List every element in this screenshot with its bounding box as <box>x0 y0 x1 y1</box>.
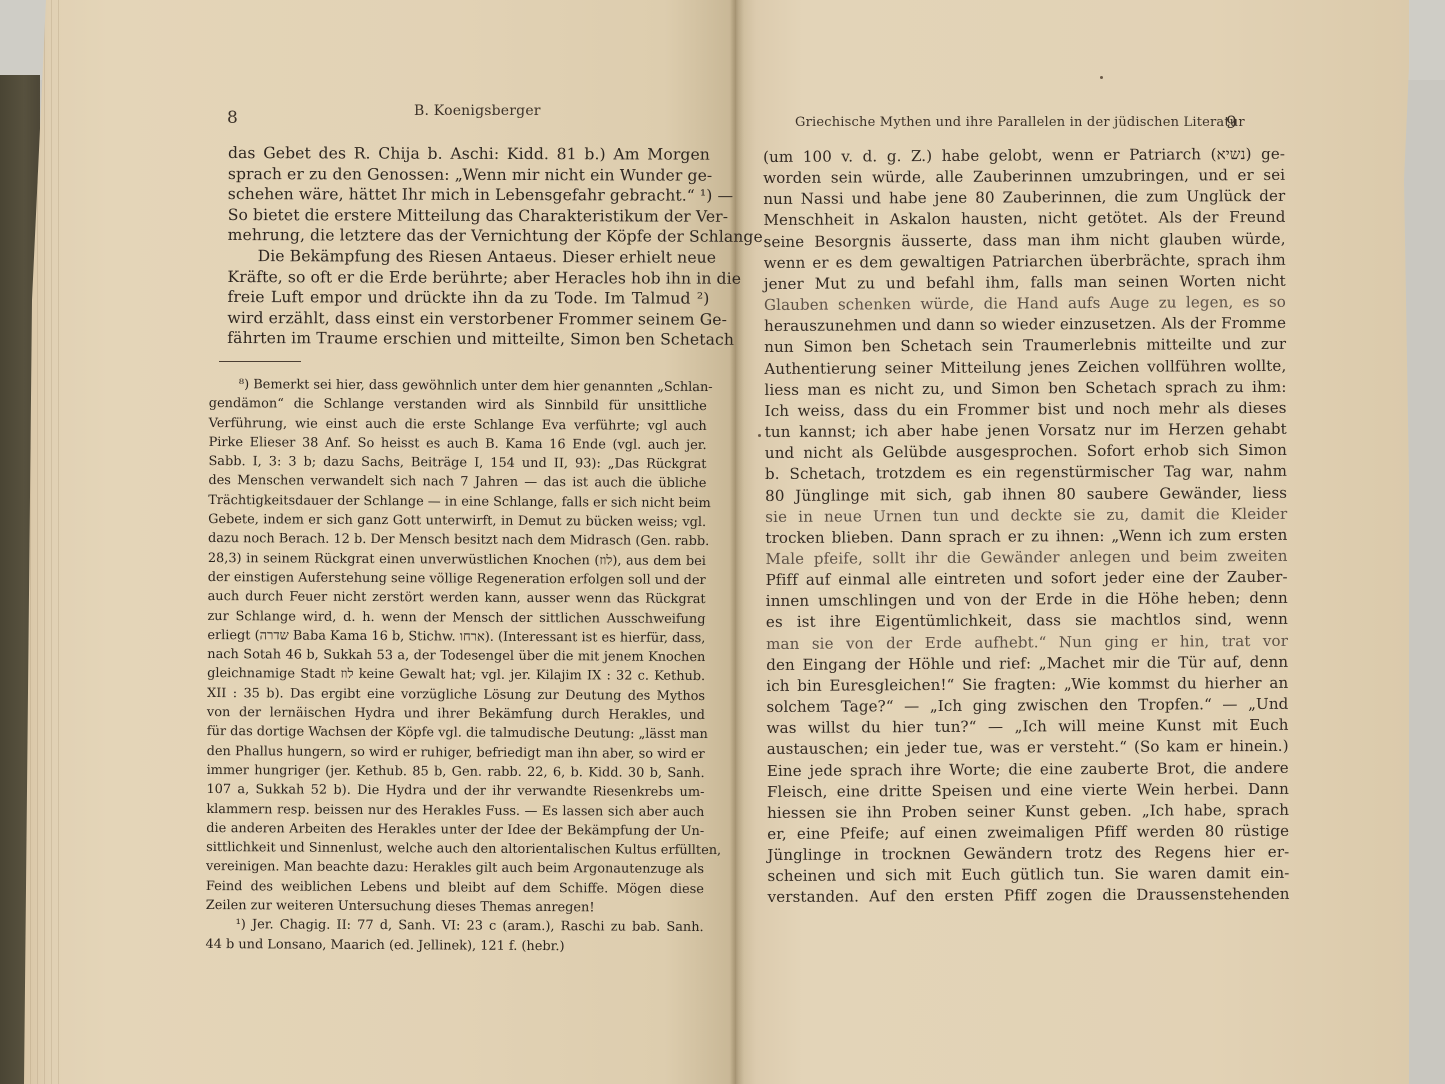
body-line: Authentierung seiner Mitteilung jenes Ze… <box>764 355 1286 379</box>
body-line: mehrung, die letztere das der Vernichtun… <box>228 225 710 247</box>
paper-speck <box>1100 76 1103 79</box>
footnotes: ⁸) Bemerkt sei hier, dass gewöhnlich unt… <box>205 375 707 957</box>
body-line: wird erzählt, dass einst ein verstorbene… <box>227 308 709 330</box>
body-line: fährten im Traume erschien und mitteilte… <box>227 328 709 350</box>
body-line: man sie von der Erde aufhebt.“ Nun ging … <box>766 630 1288 654</box>
body-line: schehen wäre, hättet Ihr mich in Lebensg… <box>228 184 710 206</box>
footnote-line: 107 a, Sukkah 52 b). Die Hydra und der i… <box>206 780 704 802</box>
footnote-line: vereinigen. Man beachte dazu: Herakles g… <box>206 857 704 879</box>
body-line: 80 Jünglinge mit sich, gab ihnen 80 saub… <box>765 482 1287 506</box>
body-line: Kräfte, so oft er die Erde berührte; abe… <box>227 267 709 289</box>
footnote-line: auch durch Feuer nicht zerstört werden k… <box>208 587 706 609</box>
footnote-line: ¹) Jer. Chagig. II: 77 d, Sanh. VI: 23 c… <box>206 915 704 937</box>
body-line: So bietet die erstere Mitteilung das Cha… <box>228 205 710 227</box>
footnote-line: für das dortige Wachsen der Köpfe vgl. d… <box>207 722 705 744</box>
body-line: den Eingang der Höhle und rief: „Machet … <box>766 652 1288 676</box>
book-gutter <box>730 0 744 1084</box>
body-line: Menschheit in Askalon hausten, nicht get… <box>763 207 1285 231</box>
right-page-number: 9 <box>1226 113 1237 133</box>
body-line: liess man es nicht zu, und Simon ben Sch… <box>764 377 1286 401</box>
body-line: sie in neue Urnen tun und deckte sie zu,… <box>765 503 1287 527</box>
footnote-line: gleichnamige Stadt לוז keine Gewalt hat;… <box>207 664 705 686</box>
body-line: das Gebet des R. Chija b. Aschi: Kidd. 8… <box>228 143 710 165</box>
footnote-line: dazu noch Berach. 12 b. Der Mensch besit… <box>208 529 706 551</box>
paper-speck <box>758 434 761 437</box>
right-body-text: (um 100 v. d. g. Z.) habe gelobt, wenn e… <box>763 144 1290 909</box>
right-running-head: Griechische Mythen und ihre Parallelen i… <box>795 115 1245 130</box>
body-line: seine Besorgnis äusserte, dass man ihm n… <box>764 228 1286 252</box>
footnote-line: 44 b und Lonsano, Maarich (ed. Jellinek)… <box>205 935 703 957</box>
body-line: Fleisch, eine dritte Speisen und eine vi… <box>767 778 1289 802</box>
footnote-line: gendämon“ die Schlange verstanden wird a… <box>209 394 707 416</box>
left-running-head: B. Koenigsberger <box>414 103 541 119</box>
body-line: b. Schetach, trotzdem es ein regenstürmi… <box>765 461 1287 485</box>
body-line: nun Simon ben Schetach sein Traumerlebni… <box>764 334 1286 358</box>
body-line: Eine jede sprach ihre Worte; die eine za… <box>767 757 1289 781</box>
left-body-text: das Gebet des R. Chija b. Aschi: Kidd. 8… <box>227 143 710 351</box>
left-page-number: 8 <box>227 108 238 128</box>
body-line: freie Luft empor und drückte ihn da zu T… <box>227 287 709 309</box>
body-line: Die Bekämpfung des Riesen Antaeus. Diese… <box>228 246 710 268</box>
body-line: austauschen; ein jeder tue, was er verst… <box>767 736 1289 760</box>
body-line: es ist ihre Eigentümlichkeit, dass sie m… <box>766 609 1288 633</box>
footnote-separator <box>219 361 301 362</box>
body-line: sprach er zu den Genossen: „Wenn mir nic… <box>228 164 710 186</box>
body-line: verstanden. Auf den ersten Pfiff zogen d… <box>768 884 1290 908</box>
